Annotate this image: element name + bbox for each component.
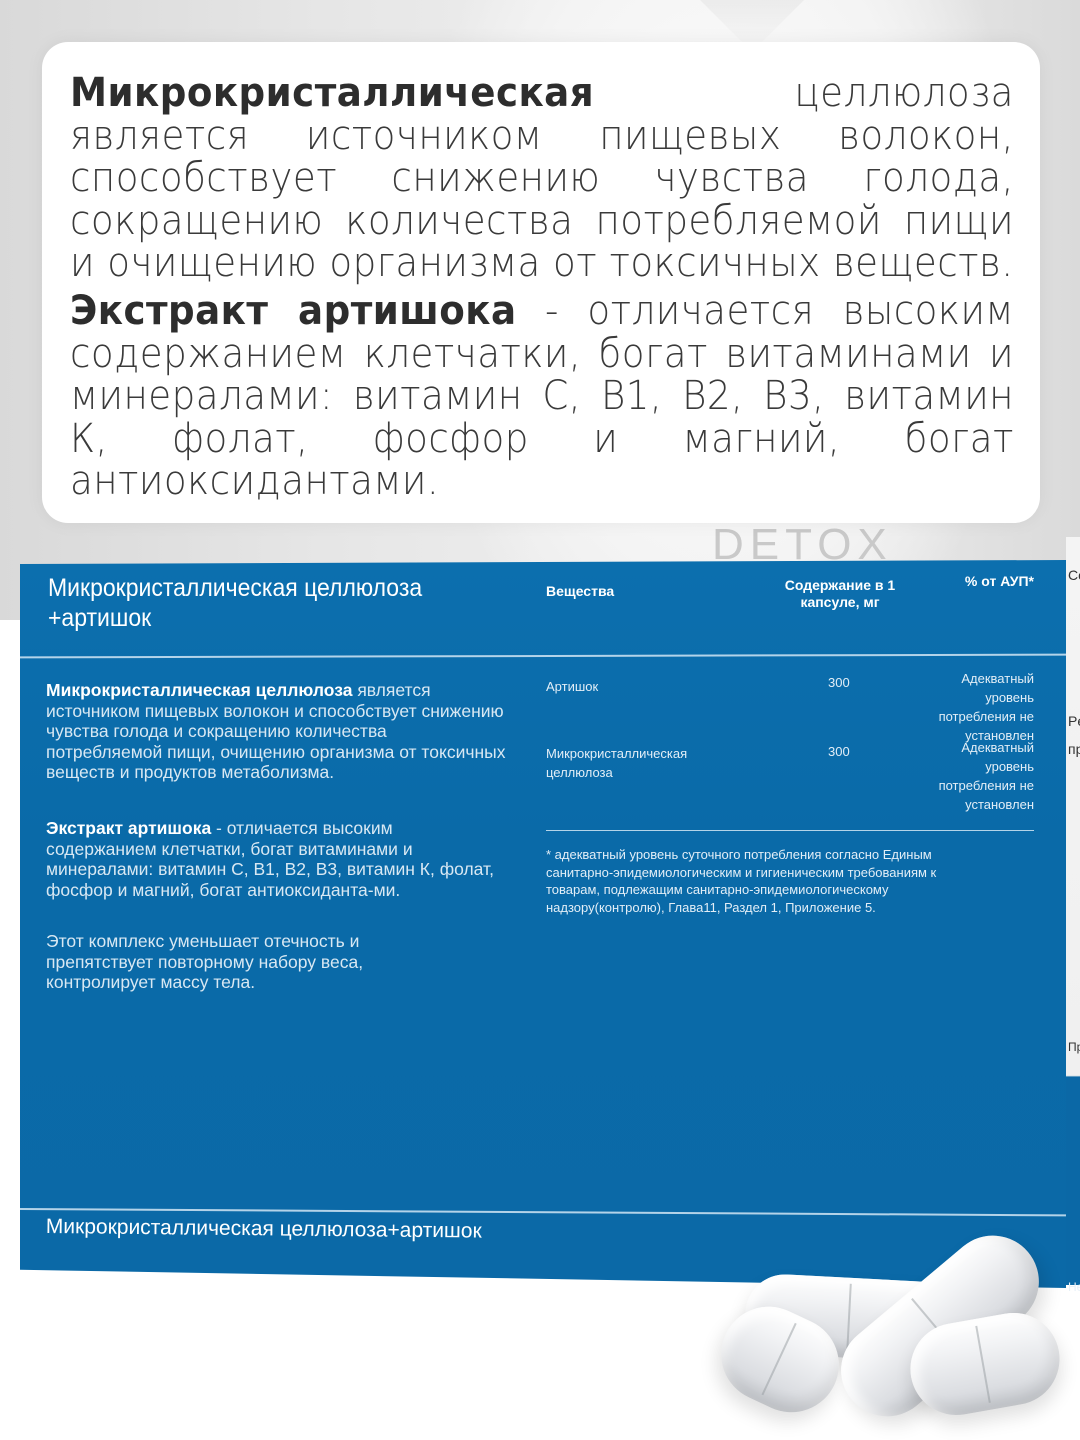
box-description-artichoke-heading: Экстракт артишока [46, 818, 211, 838]
box-side-panel [1066, 537, 1080, 1285]
box-description-cellulose-heading: Микрокристаллическая целлюлоза [46, 680, 352, 700]
table-divider [546, 830, 1034, 831]
table-header-percent: % от АУП* [930, 573, 1034, 590]
box-title-line1: Микрокристаллическая целлюлоза [48, 573, 526, 603]
table-header-substance: Вещества [546, 583, 614, 600]
artichoke-paragraph: Экстракт артишока - отличается высоким с… [70, 290, 1014, 503]
box-description-complex: Этот комплекс уменьшает отечность и преп… [46, 931, 446, 993]
cellulose-paragraph: Микрокристаллическая целлюлоза является … [70, 72, 1014, 285]
info-card: Микрокристаллическая целлюлоза является … [42, 42, 1040, 523]
side-panel-text: пр [1068, 741, 1080, 757]
product-box [20, 560, 1066, 1288]
side-panel-text: Pe [1068, 713, 1080, 729]
cellulose-heading: Микрокристаллическая [70, 70, 594, 116]
table-header-amount: Содержание в 1 капсуле, мг [775, 577, 905, 611]
artichoke-heading: Экстракт артишока [70, 288, 517, 334]
table-footnote: * адекватный уровень суточного потреблен… [546, 846, 986, 916]
side-panel-text: He [1068, 1280, 1080, 1294]
table-cell-substance: Артишок [546, 677, 598, 696]
table-cell-substance: Микрокристаллическая целлюлоза [546, 744, 726, 782]
table-cell-percent: Адекватный уровень потребления не устано… [920, 738, 1034, 814]
table-cell-percent: Адекватный уровень потребления не устано… [920, 669, 1034, 745]
box-title-line2: +артишок [48, 603, 526, 633]
table-cell-amount: 300 [828, 742, 850, 761]
box-title: Микрокристаллическая целлюлоза +артишок [48, 573, 526, 633]
box-bottom-title: Микрокристаллическая целлюлоза+артишок [46, 1215, 482, 1244]
side-panel-text: Пр [1068, 1040, 1080, 1054]
box-description-artichoke: Экстракт артишока - отличается высоким с… [46, 818, 506, 900]
side-panel-text: Co [1068, 567, 1080, 583]
box-description-cellulose: Микрокристаллическая целлюлоза является … [46, 680, 506, 783]
table-cell-amount: 300 [828, 673, 850, 692]
